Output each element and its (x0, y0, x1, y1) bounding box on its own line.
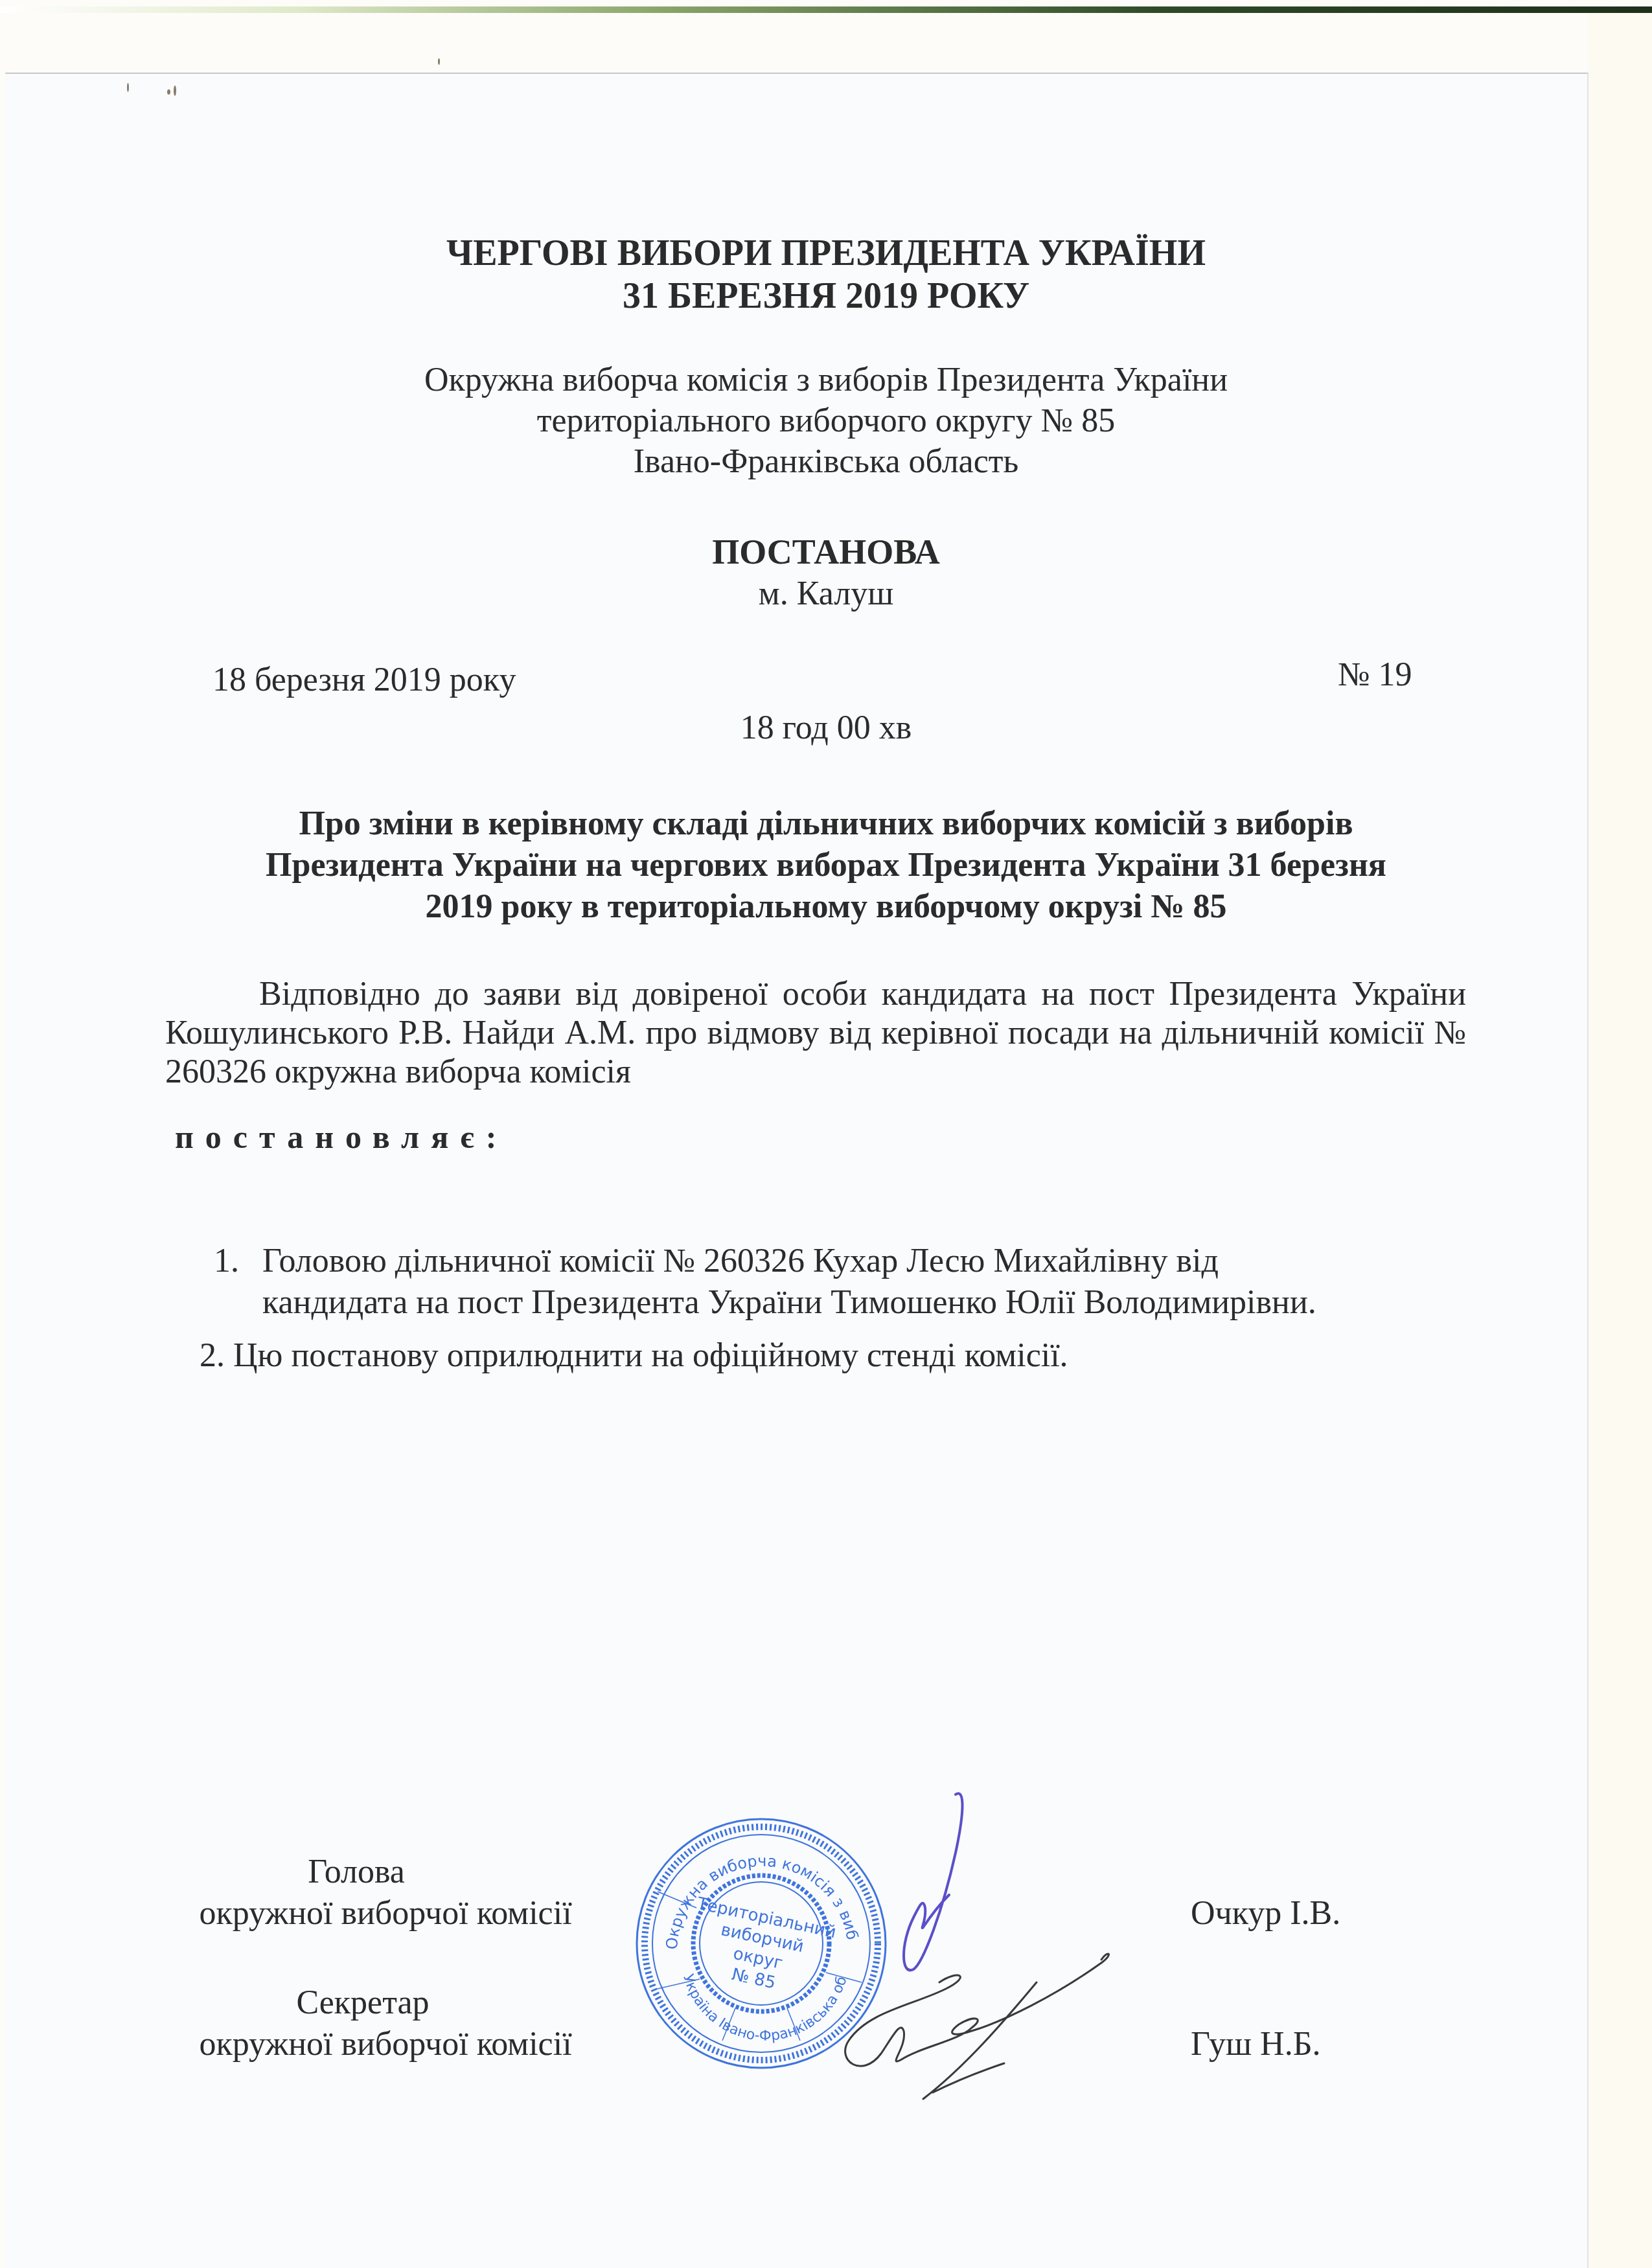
scan-margin (1589, 13, 1652, 2268)
secretary-role: Секретар окружної виборчої комісії (165, 1982, 606, 2065)
secretary-role-title: Секретар (165, 1982, 606, 2024)
subject-line-1: Про зміни в керівному складі дільничних … (0, 803, 1652, 845)
title-line-1: ЧЕРГОВІ ВИБОРИ ПРЕЗИДЕНТА УКРАЇНИ (0, 232, 1652, 275)
document-time: 18 год 00 хв (0, 707, 1652, 749)
scan-speck (167, 89, 170, 95)
chair-signature (904, 1793, 963, 1970)
subject-line-2: Президента України на чергових виборах П… (0, 845, 1652, 886)
scan-speck (174, 86, 176, 96)
org-line-2: територіального виборчого округу № 85 (0, 400, 1652, 441)
org-line-3: Івано-Франківська область (0, 441, 1652, 482)
decision-item-2: 2. Цю постанову оприлюднити на офіційном… (200, 1335, 1497, 1377)
preamble-paragraph: Відповідно до заяви від довіреної особи … (165, 975, 1466, 1092)
title-line-2: 31 БЕРЕЗНЯ 2019 РОКУ (0, 275, 1652, 317)
resolves-label: постановляє: (175, 1117, 508, 1156)
decision-text-line-2: кандидата на пост Президента України Тим… (262, 1284, 1316, 1321)
document-number: № 19 (1338, 654, 1412, 696)
document-city: м. Калуш (0, 573, 1652, 615)
decision-text-line-1: Головою дільничної комісії № 260326 Куха… (262, 1243, 1219, 1279)
secretary-signature-tail (923, 1982, 1037, 2099)
secretary-name: Гуш Н.Б. (1191, 2024, 1321, 2065)
preamble: Відповідно до заяви від довіреної особи … (165, 975, 1466, 1092)
chair-role: Голова окружної виборчої комісії (165, 1851, 606, 1934)
decision-item-1: 1.Головою дільничної комісії № 260326 Ку… (214, 1241, 1497, 1323)
scanner-edge (0, 6, 1652, 13)
election-title: ЧЕРГОВІ ВИБОРИ ПРЕЗИДЕНТА УКРАЇНИ 31 БЕР… (0, 232, 1652, 317)
decisions-list: 1.Головою дільничної комісії № 260326 Ку… (214, 1241, 1497, 1377)
decision-number: 1. (214, 1241, 262, 1282)
scan-speck (127, 83, 129, 92)
subject-line-3: 2019 року в територіальному виборчому ок… (0, 886, 1652, 928)
document-type: ПОСТАНОВА (0, 531, 1652, 573)
chair-name: Очкур І.В. (1191, 1893, 1340, 1934)
handwritten-signatures-icon (810, 1775, 1199, 2138)
chair-role-title: Голова (165, 1851, 606, 1893)
chair-role-body: окружної виборчої комісії (165, 1893, 606, 1934)
organization-block: Окружна виборча комісія з виборів Презид… (0, 360, 1652, 482)
secretary-role-body: окружної виборчої комісії (165, 2024, 606, 2065)
scan-speck (438, 58, 440, 65)
decision-text: Цю постанову оприлюднити на офіційному с… (233, 1337, 1068, 1374)
document-subject: Про зміни в керівному складі дільничних … (0, 803, 1652, 928)
org-line-1: Окружна виборча комісія з виборів Презид… (0, 360, 1652, 400)
document-date: 18 березня 2019 року (212, 659, 516, 701)
decision-number: 2. (200, 1337, 225, 1374)
